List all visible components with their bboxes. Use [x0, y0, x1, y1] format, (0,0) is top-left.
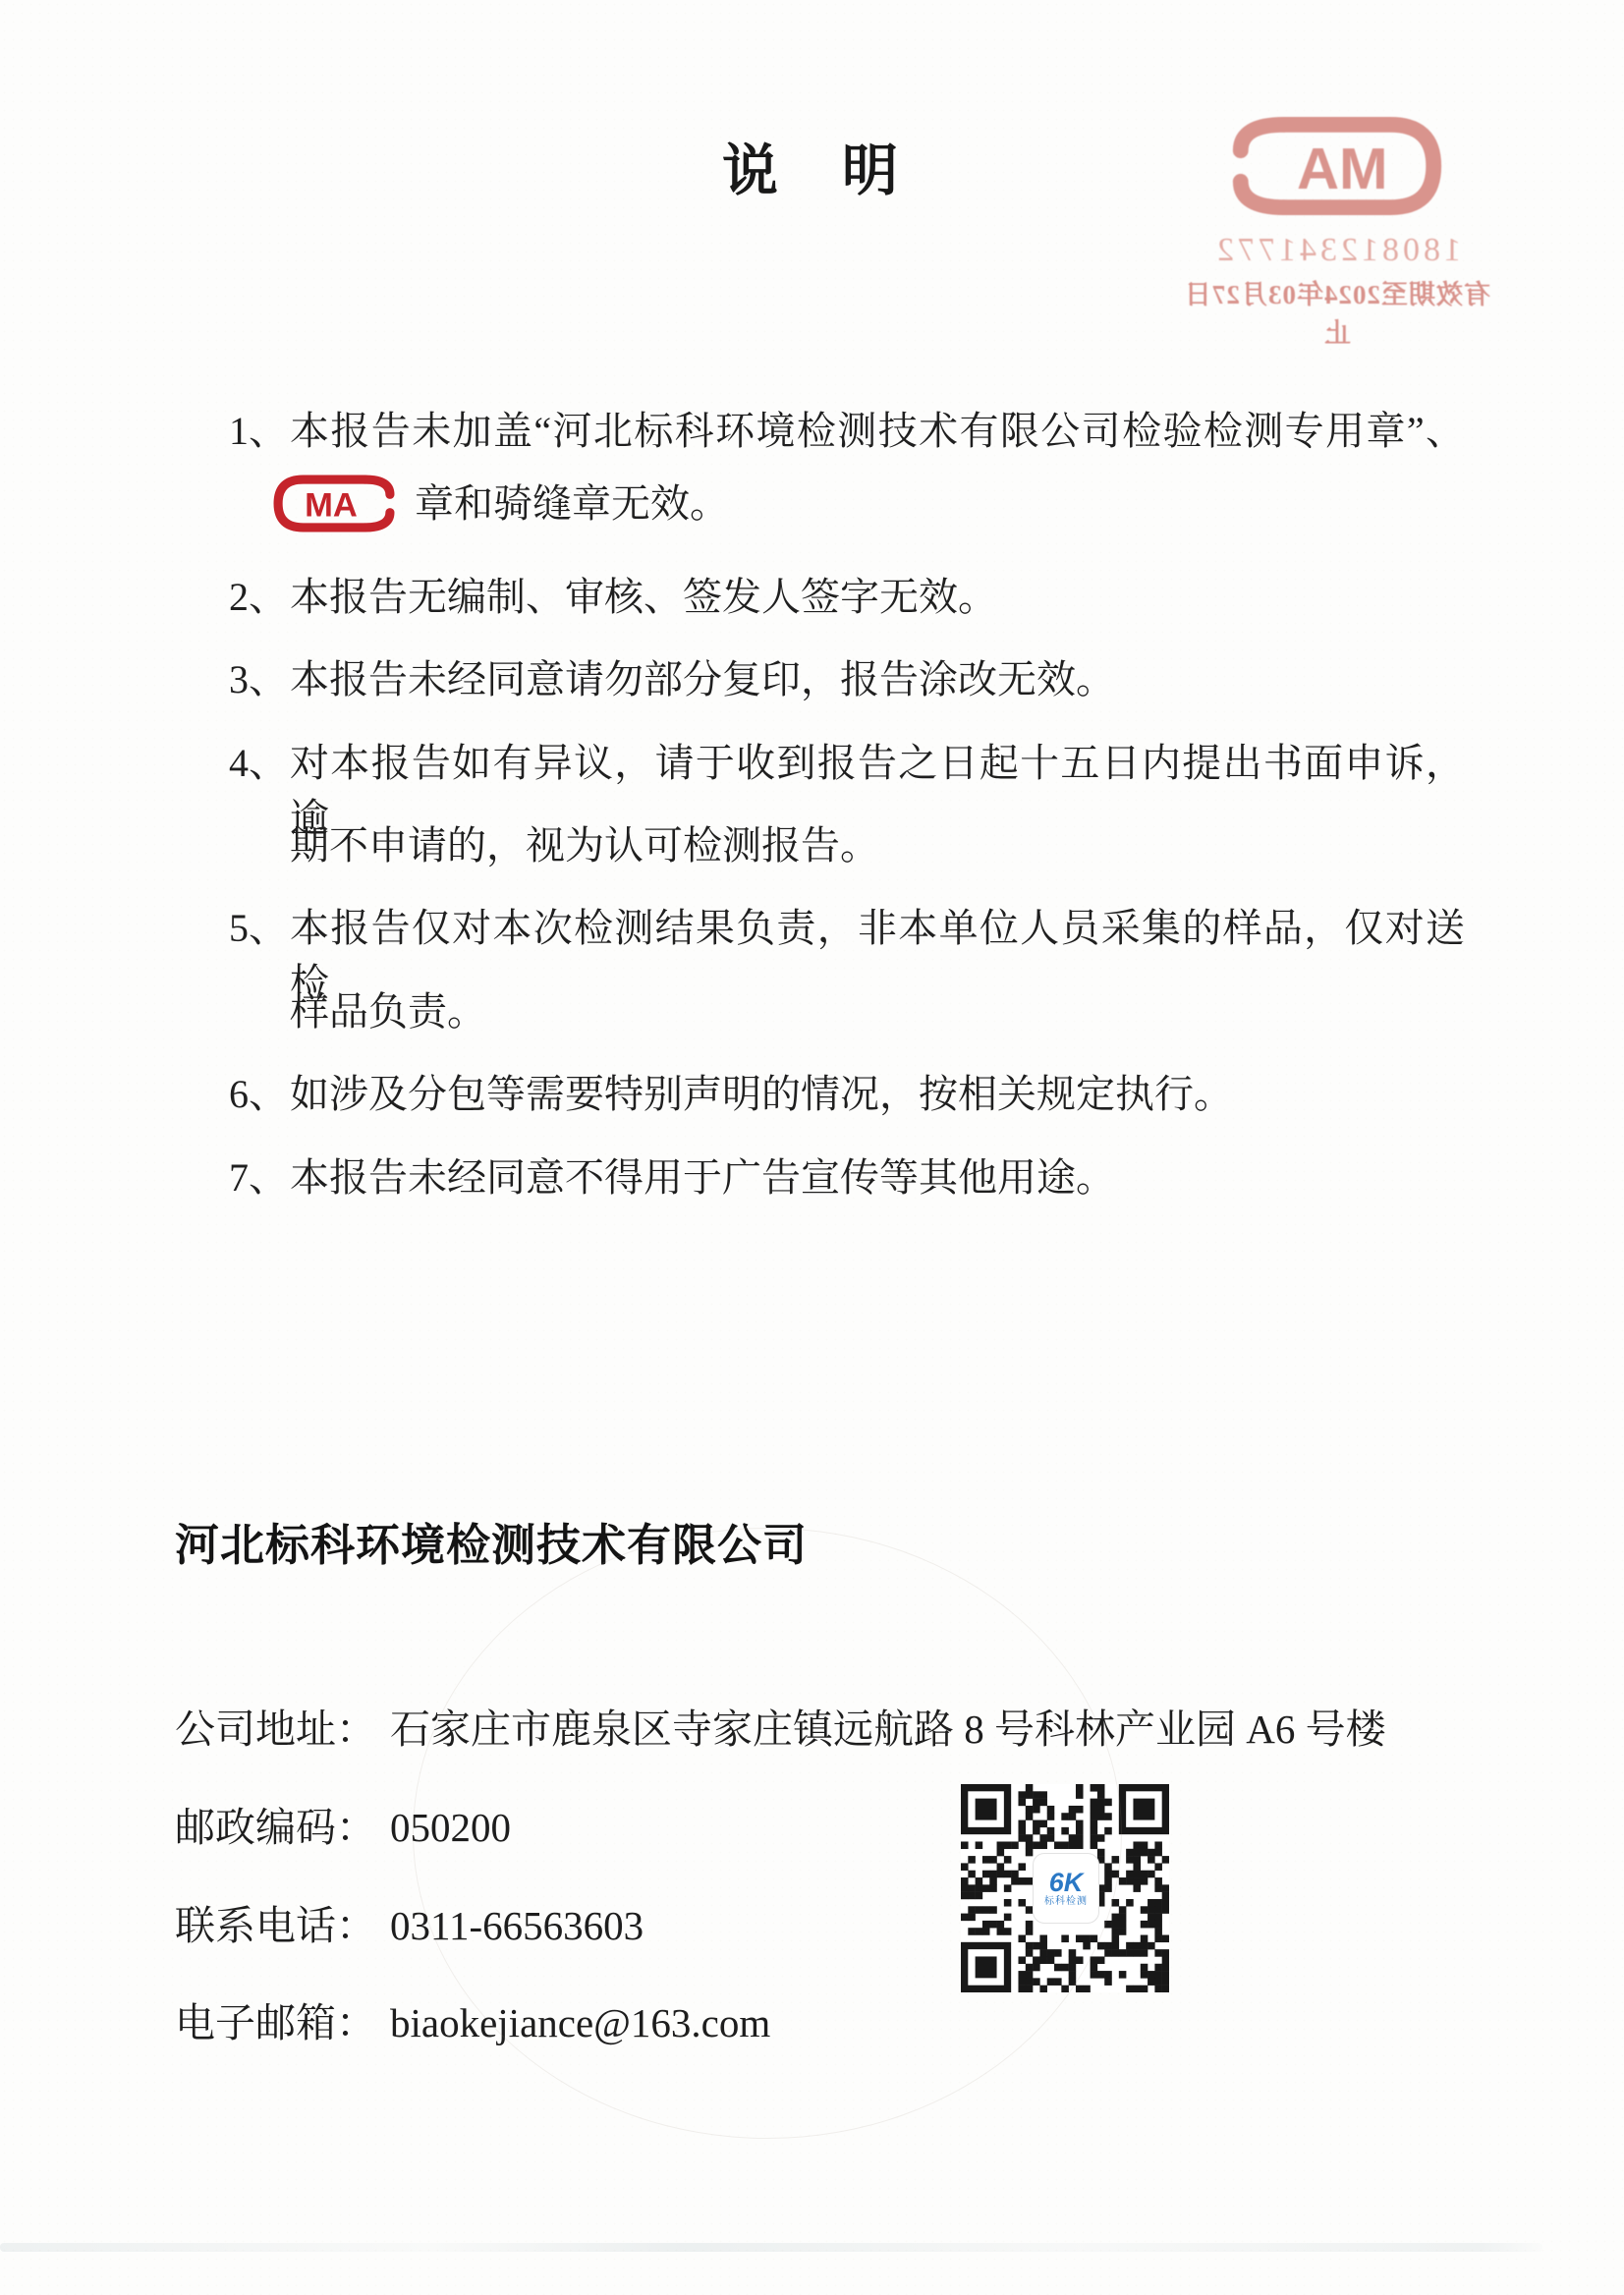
- note-number: 5、: [229, 901, 288, 956]
- note-text: 本报告未加盖“河北标科环境检测技术有限公司检验检测专用章”、: [290, 404, 1465, 459]
- note-text: 本报告未经同意请勿部分复印，报告涂改无效。: [290, 652, 1465, 707]
- note-number: 6、: [229, 1067, 288, 1122]
- note-text: 本报告未经同意不得用于广告宣传等其他用途。: [290, 1150, 1465, 1205]
- postal-code-label: 邮政编码：: [175, 1805, 376, 1850]
- note-number: 2、: [229, 570, 288, 625]
- note-item-7: 7、 本报告未经同意不得用于广告宣传等其他用途。: [290, 1150, 1465, 1205]
- email-label: 电子邮箱：: [175, 2000, 376, 2045]
- note-item-5-continued: 样品负责。: [290, 984, 1465, 1039]
- address-label: 公司地址：: [175, 1707, 376, 1752]
- note-item-3: 3、 本报告未经同意请勿部分复印，报告涂改无效。: [290, 652, 1465, 707]
- document-page: 说 明 MA 180812341772 有效期至2024年03月27日止 1、 …: [0, 0, 1624, 2295]
- note-text: 章和骑缝章无效。: [415, 476, 729, 532]
- cma-certification-icon: MA: [273, 475, 395, 532]
- note-item-6: 6、 如涉及分包等需要特别声明的情况，按相关规定执行。: [290, 1067, 1465, 1122]
- note-item-1-continued: MA 章和骑缝章无效。: [273, 475, 1448, 532]
- note-number: 7、: [229, 1150, 288, 1205]
- phone-label: 联系电话：: [175, 1903, 376, 1948]
- note-text: 期不申请的，视为认可检测报告。: [290, 818, 1465, 873]
- stamp-logo-text: MA: [1297, 136, 1388, 201]
- note-item-1: 1、 本报告未加盖“河北标科环境检测技术有限公司检验检测专用章”、: [290, 404, 1465, 459]
- cma-stamp-logo-icon: MA: [1232, 116, 1442, 216]
- note-text: 如涉及分包等需要特别声明的情况，按相关规定执行。: [290, 1067, 1465, 1122]
- note-text: 本报告无编制、审核、签发人签字无效。: [290, 570, 1465, 625]
- note-text: 样品负责。: [290, 984, 1465, 1039]
- scan-smudge-artifact: [0, 2243, 1542, 2252]
- scan-wrinkle-artifact: [413, 1528, 1122, 2139]
- note-number: 4、: [229, 736, 288, 791]
- stamp-number: 180812341772: [1184, 232, 1490, 269]
- note-number: 1、: [229, 404, 288, 459]
- cma-stamp: MA 180812341772 有效期至2024年03月27日止: [1184, 84, 1490, 342]
- note-item-4-continued: 期不申请的，视为认可检测报告。: [290, 818, 1465, 873]
- note-item-2: 2、 本报告无编制、审核、签发人签字无效。: [290, 570, 1465, 625]
- cma-logo-text: MA: [305, 487, 358, 525]
- note-number: 3、: [229, 652, 288, 707]
- stamp-validity-date: 有效期至2024年03月27日止: [1184, 273, 1490, 350]
